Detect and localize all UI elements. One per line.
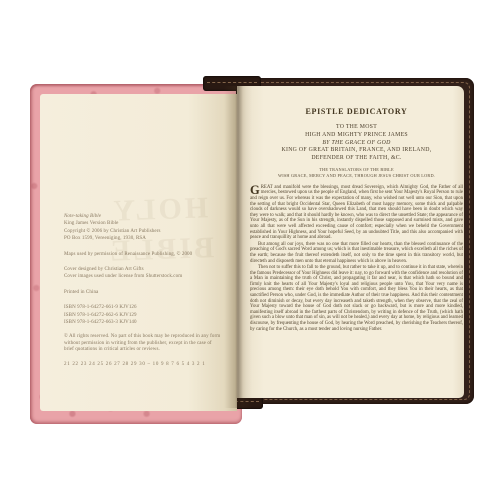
drop-cap: G [250, 185, 261, 195]
rights-statement: © All rights reserved. No part of this b… [64, 334, 222, 353]
cover-design-credit: Cover designed by Christian Art Gifts [64, 266, 222, 273]
isbn-group: ISBN 978-1-64272-661-9 KJV126 ISBN 978-1… [64, 304, 222, 326]
isbn-line-2: ISBN 978-1-64272-662-6 KJV129 [64, 312, 222, 319]
open-bible-photo: HOLY BIBLE Note-taking Bible King James … [0, 0, 500, 500]
page-title: EPISTLE DEDICATORY [250, 107, 463, 116]
epistle-paragraph-3: Then not to suffer this to fall to the g… [250, 265, 463, 332]
edition-title: Note-taking Bible [64, 213, 222, 220]
epistle-body: GREAT and manifold were the blessings, m… [250, 185, 463, 332]
maps-credit: Maps used by permission of Renaissance P… [64, 251, 222, 258]
epistle-paragraph-1: GREAT and manifold were the blessings, m… [250, 185, 463, 241]
edition-group: Note-taking Bible King James Version Bib… [64, 213, 222, 243]
cover-images-credit: Cover images used under license from Shu… [64, 273, 222, 280]
dedication-line-1: TO THE MOST [250, 124, 463, 132]
copyright-line: Copyright © 2006 by Christian Art Publis… [64, 228, 222, 235]
isbn-line-3: ISBN 978-1-64272-663-3 KJV140 [64, 319, 222, 326]
dedication-line-3: BY THE GRACE OF GOD [250, 140, 463, 148]
dedication-line-4: KING OF GREAT BRITAIN, FRANCE, AND IRELA… [250, 147, 463, 155]
epistle-paragraph-2: But among all our joys, there was no one… [250, 242, 463, 264]
dedication-line-5: DEFENDER OF THE FAITH, &C. [250, 155, 463, 163]
edition-subtitle: King James Version Bible [64, 220, 222, 227]
epistle-dedicatory-page: EPISTLE DEDICATORY TO THE MOST HIGH AND … [250, 107, 463, 332]
paragraph-1-text: REAT and manifold were the blessings, mo… [250, 185, 463, 240]
cover-credits: Cover designed by Christian Art Gifts Co… [64, 266, 222, 281]
publisher-address: PO Box 1599, Vereeniging, 1930, RSA [64, 235, 222, 242]
printed-in: Printed in China [64, 289, 222, 296]
printing-run-numbers: 21 22 23 24 25 26 27 28 29 30 – 10 9 8 7… [64, 361, 222, 368]
copyright-page-text: Note-taking Bible King James Version Bib… [64, 213, 222, 368]
isbn-line-1: ISBN 978-1-64272-661-9 KJV126 [64, 304, 222, 311]
translators-line-2: WISH GRACE, MERCY AND PEACE, THROUGH JES… [250, 173, 463, 179]
dedication-line-2: HIGH AND MIGHTY PRINCE JAMES [250, 132, 463, 140]
